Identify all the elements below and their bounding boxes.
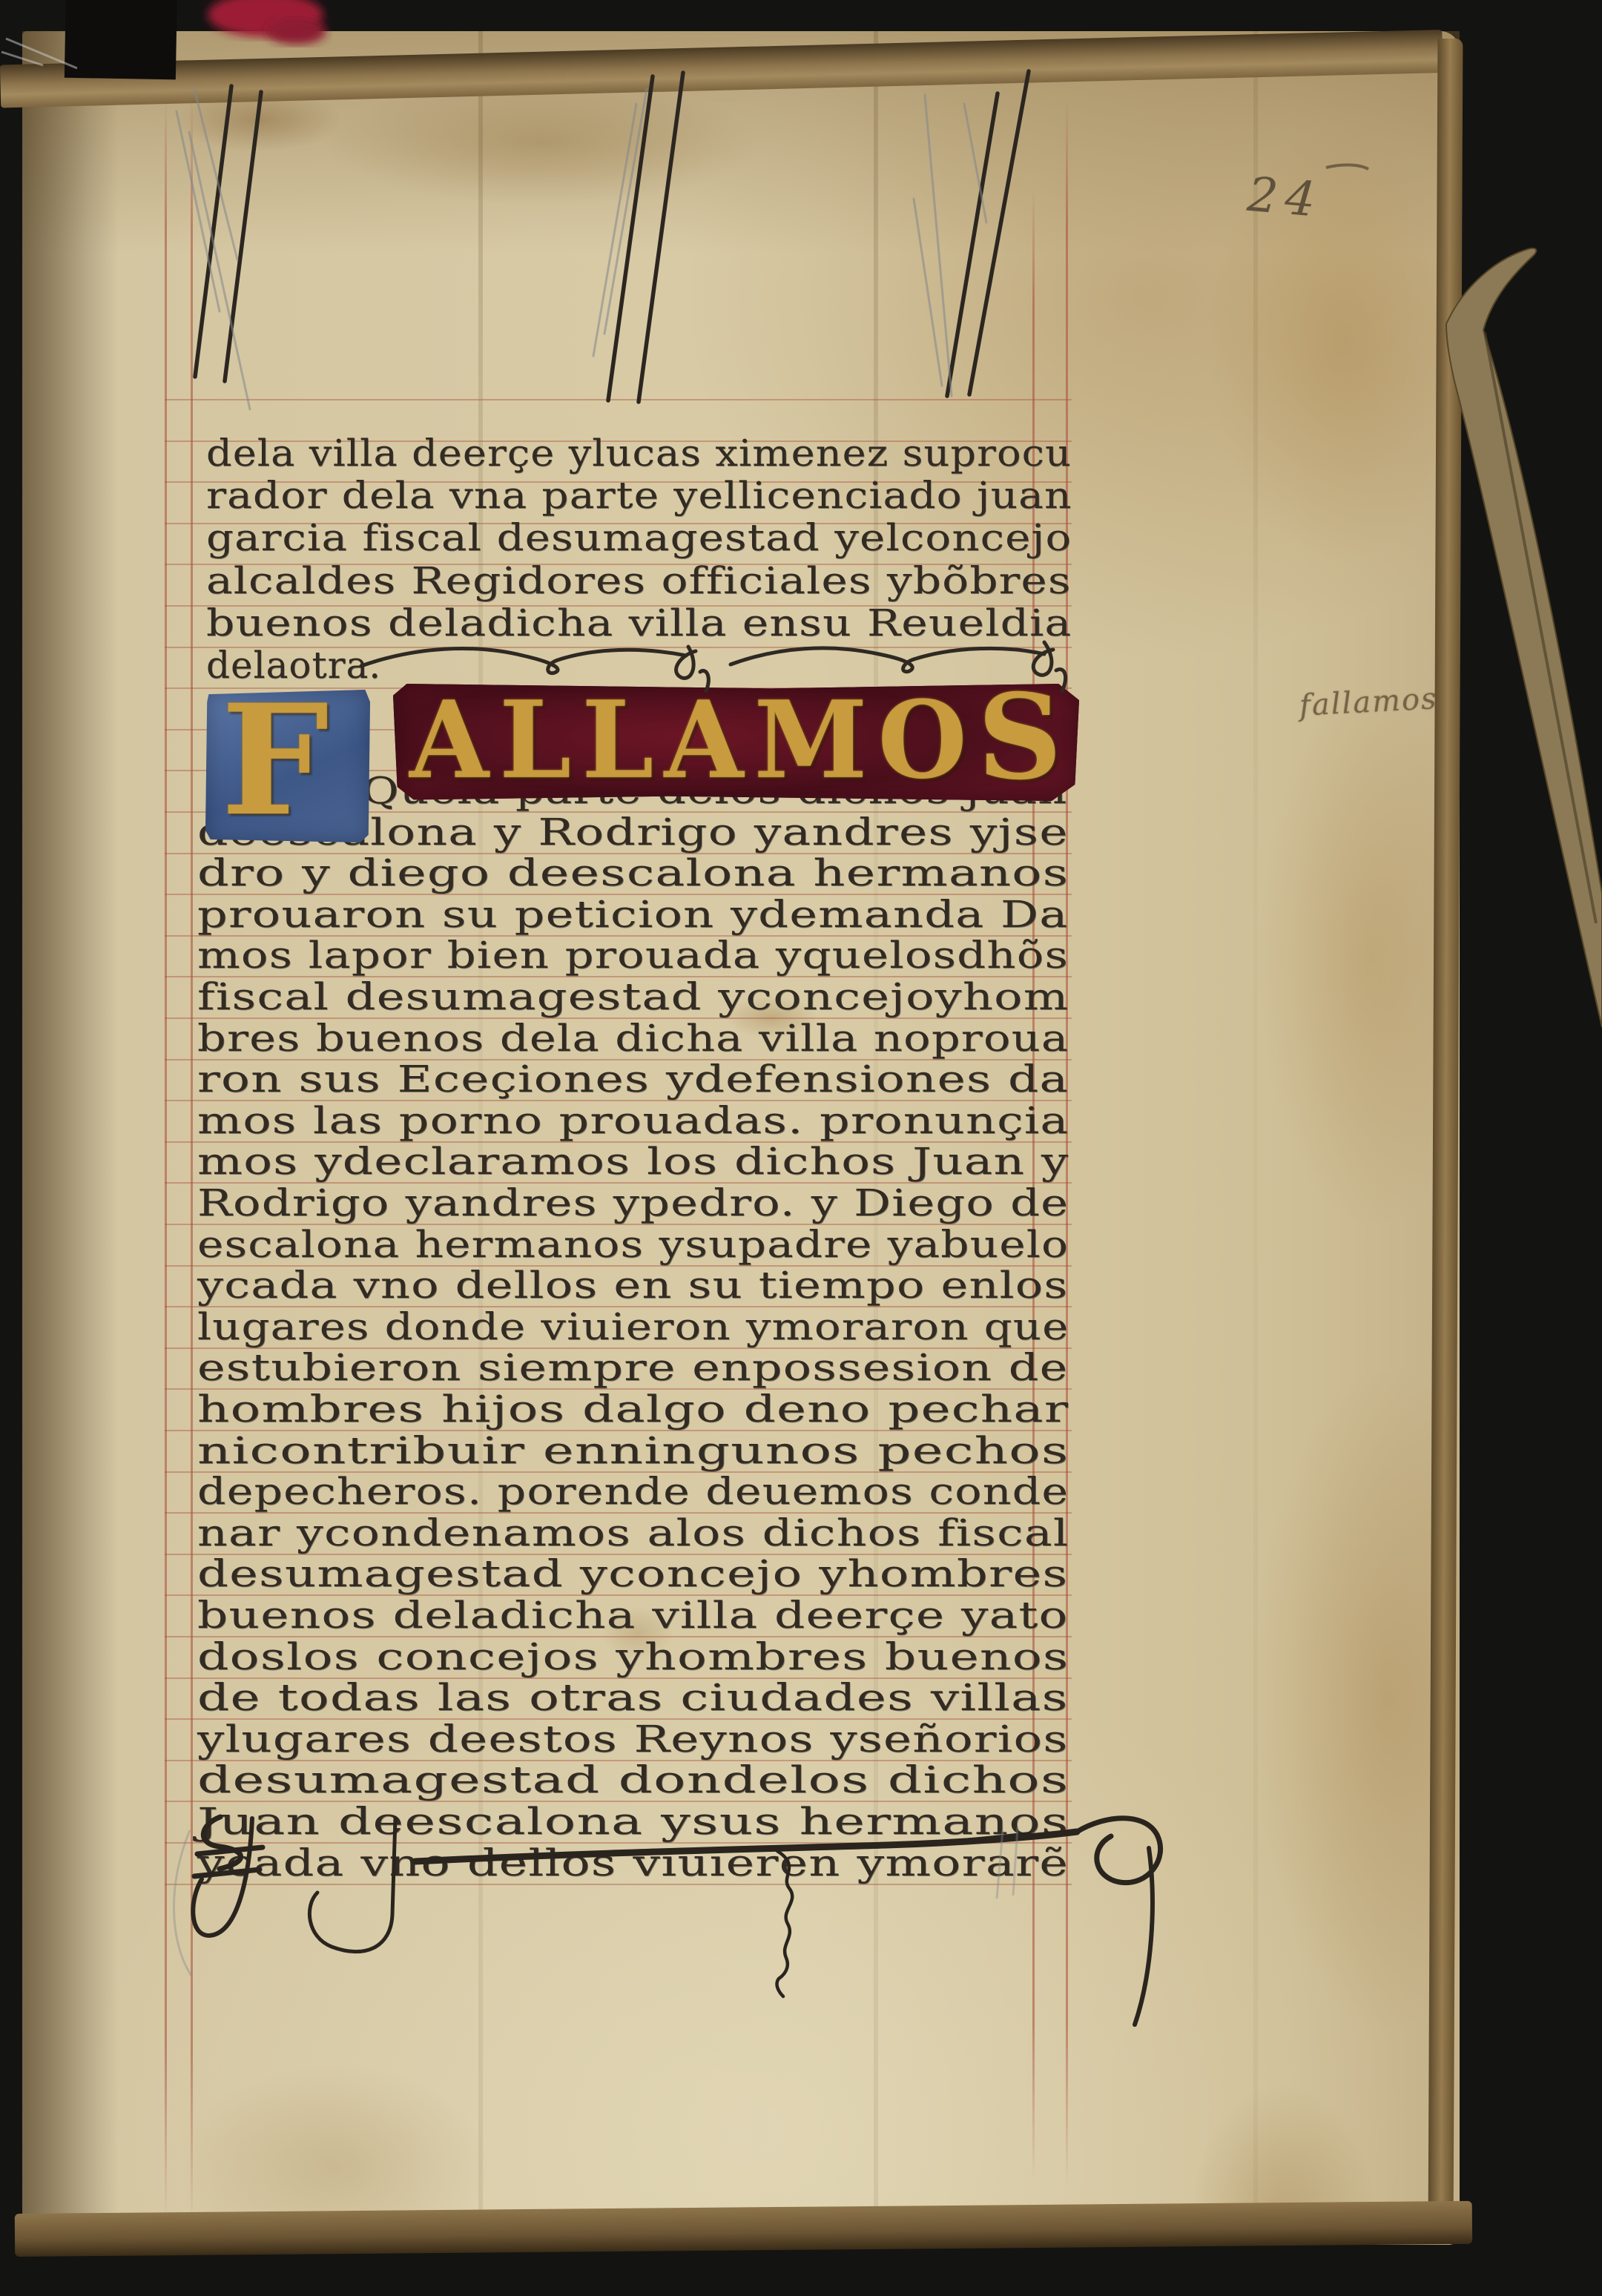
text-line: buenos deladicha villa ensu Reueldia bbox=[206, 604, 929, 645]
text-line-ink: rador dela vna parte yellicenciado juan bbox=[206, 476, 1072, 515]
text-line-ink: ycada vno dellos viuieren ymorarẽ bbox=[197, 1844, 1069, 1882]
text-line: Juan deescalona ysus hermanos bbox=[197, 1802, 817, 1844]
manuscript-photograph: dela villa deerçe ylucas ximenez suprocu… bbox=[0, 0, 1602, 2296]
text-line-ink: Juan deescalona ysus hermanos bbox=[197, 1802, 1069, 1841]
text-line: nar ycondenamos alos dichos fiscal bbox=[197, 1514, 886, 1555]
text-line: ycada vno dellos viuieren ymorarẽ bbox=[197, 1844, 868, 1885]
text-line: garcia fiscal desumagestad yelconcejo bbox=[206, 518, 956, 560]
text-line: depecheros. porende deuemos conde bbox=[197, 1472, 922, 1514]
text-line: escalona hermanos ysupadre yabuelo bbox=[197, 1225, 928, 1267]
text-line-ink: ycada vno dellos en su tiempo enlos bbox=[197, 1266, 1068, 1304]
text-line-ink: escalona hermanos ysupadre yabuelo bbox=[197, 1225, 1069, 1264]
text-line-ink: de todas las otras ciudades villas bbox=[197, 1678, 1069, 1717]
folio-number: 24 bbox=[1245, 168, 1325, 229]
text-line: desumagestad dondelos dichos bbox=[197, 1761, 803, 1802]
text-line-ink: desumagestad yconcejo yhombres bbox=[197, 1554, 1068, 1593]
text-line-ink: hombres hijos dalgo deno pechar bbox=[197, 1390, 1069, 1428]
text-line-ink: Rodrigo yandres ypedro. y Diego de bbox=[197, 1184, 1069, 1222]
illuminated-initial: F bbox=[221, 687, 329, 835]
heading-letter: A bbox=[409, 686, 489, 794]
text-line-ink: depecheros. porende deuemos conde bbox=[197, 1472, 1069, 1511]
text-line-ink: estubieron siempre enpossesion de bbox=[197, 1348, 1068, 1387]
text-line: dro y diego deescalona hermanos bbox=[197, 854, 851, 895]
text-line-ink: dro y diego deescalona hermanos bbox=[197, 854, 1069, 892]
text-line-ink: ron sus Eceçiones ydefensiones da bbox=[197, 1060, 1069, 1098]
heading-letter: A bbox=[664, 686, 743, 794]
text-line-ink: alcaldes Regidores officiales ybõbres bbox=[206, 561, 1072, 600]
gutter-shadow bbox=[22, 31, 119, 2245]
text-line-ink: nicontribuir enningunos pechos bbox=[197, 1431, 1069, 1470]
text-line: estubieron siempre enpossesion de bbox=[197, 1348, 885, 1390]
text-line: mos las porno prouadas. pronunçia bbox=[197, 1101, 885, 1143]
heading-fallamos: ALLAMOS bbox=[409, 688, 1062, 796]
text-line: lugares donde viuieron ymoraron que bbox=[197, 1307, 932, 1349]
text-line: hombres hijos dalgo deno pechar bbox=[197, 1390, 845, 1431]
text-line: dela villa deerçe ylucas ximenez suprocu bbox=[206, 434, 1006, 475]
ruled-line bbox=[165, 399, 1072, 400]
text-line-ink: doslos concejos yhombres buenos bbox=[197, 1637, 1069, 1676]
leather-tie-strap bbox=[1446, 248, 1602, 1027]
text-line: desumagestad yconcejo yhombres bbox=[197, 1554, 864, 1596]
text-line-ink: prouaron su peticion ydemanda Da bbox=[197, 895, 1069, 934]
margin-rule bbox=[191, 98, 193, 2223]
text-line: ylugares deestos Reynos yseñorios bbox=[197, 1720, 877, 1761]
text-line: Rodrigo yandres ypedro. y Diego de bbox=[197, 1184, 898, 1225]
margin-note: fallamos bbox=[1299, 682, 1439, 723]
strap-seam bbox=[1485, 332, 1596, 923]
text-line: doslos concejos yhombres buenos bbox=[197, 1637, 856, 1679]
text-line: prouaron su peticion ydemanda Da bbox=[197, 895, 882, 937]
heading-letter: L bbox=[581, 686, 653, 794]
text-line: mos lapor bien prouada yquelosdhõs bbox=[197, 936, 914, 977]
heading-letter: O bbox=[878, 686, 967, 794]
heading-letter: S bbox=[978, 682, 1062, 794]
text-line: ron sus Eceçiones ydefensiones da bbox=[197, 1060, 874, 1101]
heading-letter: M bbox=[754, 686, 868, 794]
text-line-ink: fiscal desumagestad yconcejoyhom bbox=[197, 977, 1069, 1016]
heading-letter: L bbox=[499, 686, 571, 794]
text-line-ink: buenos deladicha villa deerçe yato bbox=[197, 1596, 1069, 1634]
text-line-ink: garcia fiscal desumagestad yelconcejo bbox=[206, 518, 1072, 557]
text-line: ycada vno dellos en su tiempo enlos bbox=[197, 1266, 900, 1307]
text-line-ink: dela villa deerçe ylucas ximenez suprocu bbox=[206, 434, 1072, 472]
text-line-ink: nar ycondenamos alos dichos fiscal bbox=[197, 1514, 1069, 1552]
text-line: de todas las otras ciudades villas bbox=[197, 1678, 843, 1720]
text-line-ink: buenos deladicha villa ensu Reueldia bbox=[206, 604, 1072, 642]
text-line: fiscal desumagestad yconcejoyhom bbox=[197, 977, 882, 1019]
text-line: alcaldes Regidores officiales ybõbres bbox=[206, 561, 932, 603]
text-line-ink: ylugares deestos Reynos yseñorios bbox=[197, 1720, 1069, 1758]
text-line: rador dela vna parte yellicenciado juan bbox=[206, 476, 972, 518]
text-line: bres buenos dela dicha villa noproua bbox=[197, 1019, 917, 1060]
margin-rule bbox=[165, 98, 167, 2219]
text-line-ink: lugares donde viuieron ymoraron que bbox=[197, 1307, 1069, 1346]
text-line-ink: mos lapor bien prouada yquelosdhõs bbox=[197, 936, 1069, 974]
text-line-ink: desumagestad dondelos dichos bbox=[197, 1761, 1069, 1799]
manuscript-page: dela villa deerçe ylucas ximenez suprocu… bbox=[22, 31, 1460, 2245]
text-line: mos ydeclaramos los dichos Juan y bbox=[197, 1142, 875, 1184]
text-line-ink: mos ydeclaramos los dichos Juan y bbox=[197, 1142, 1069, 1181]
text-line: nicontribuir enningunos pechos bbox=[197, 1431, 817, 1473]
parchment-crease bbox=[1253, 31, 1258, 2245]
text-line: buenos deladicha villa deerçe yato bbox=[197, 1596, 874, 1637]
text-line-ink: bres buenos dela dicha villa noproua bbox=[197, 1019, 1069, 1058]
text-line-ink: mos las porno prouadas. pronunçia bbox=[197, 1101, 1069, 1140]
